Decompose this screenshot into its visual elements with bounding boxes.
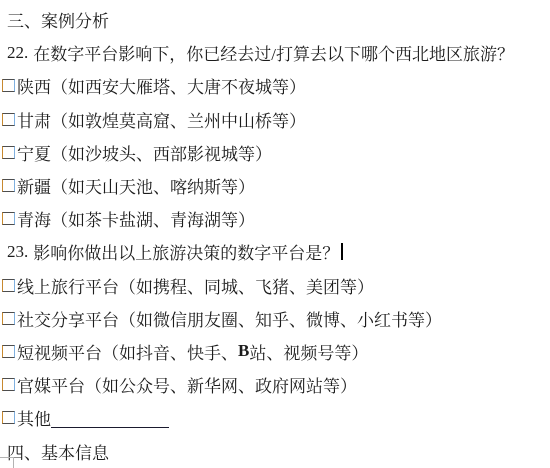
checkbox-unchecked-icon[interactable] xyxy=(2,378,15,391)
checkbox-unchecked-icon[interactable] xyxy=(2,212,15,225)
q22-option-qinghai[interactable]: 青海（如茶卡盐湖、青海湖等） xyxy=(0,202,550,235)
option-label: 青海（如茶卡盐湖、青海湖等） xyxy=(17,206,255,231)
question-23-text: 影响你做出以上旅游决策的数字平台是？ xyxy=(33,239,339,264)
question-22-number: 22. xyxy=(7,43,28,63)
option-label: 线上旅行平台（如携程、同城、飞猪、美团等） xyxy=(17,273,374,298)
next-line-partial-checkbox xyxy=(0,457,14,468)
checkbox-unchecked-icon[interactable] xyxy=(2,179,15,192)
q23-option-online-travel-platform[interactable]: 线上旅行平台（如携程、同城、飞猪、美团等） xyxy=(0,269,550,302)
q22-option-ningxia[interactable]: 宁夏（如沙坡头、西部影视城等） xyxy=(0,136,550,169)
section-4-heading: 四、基本信息 xyxy=(0,434,550,467)
q22-option-xinjiang[interactable]: 新疆（如天山天池、喀纳斯等） xyxy=(0,169,550,202)
q23-option-social-sharing-platform[interactable]: 社交分享平台（如微信朋友圈、知乎、微博、小红书等） xyxy=(0,302,550,335)
q23-option-other[interactable]: 其他 xyxy=(0,401,550,434)
text-cursor xyxy=(341,243,343,260)
option-label-pre: 短视频平台（如抖音、快手、 xyxy=(17,339,238,364)
option-label: 社交分享平台（如微信朋友圈、知乎、微博、小红书等） xyxy=(17,306,442,331)
checkbox-unchecked-icon[interactable] xyxy=(2,411,15,424)
option-label-post: 站、视频号等） xyxy=(249,339,368,364)
question-22-text: 在数字平台影响下，你已经去过/打算去以下哪个西北地区旅游？ xyxy=(33,40,514,65)
option-label: 官媒平台（如公众号、新华网、政府网站等） xyxy=(17,372,357,397)
question-22: 22. 在数字平台影响下，你已经去过/打算去以下哪个西北地区旅游？ xyxy=(0,36,550,69)
option-label: 甘肃（如敦煌莫高窟、兰州中山桥等） xyxy=(17,107,306,132)
option-label: 陕西（如西安大雁塔、大唐不夜城等） xyxy=(17,73,306,98)
q23-option-official-media-platform[interactable]: 官媒平台（如公众号、新华网、政府网站等） xyxy=(0,368,550,401)
checkbox-unchecked-icon[interactable] xyxy=(2,113,15,126)
option-label: 其他 xyxy=(17,405,51,430)
checkbox-unchecked-icon[interactable] xyxy=(2,312,15,325)
other-fill-in-blank[interactable] xyxy=(51,412,169,428)
option-label: 宁夏（如沙坡头、西部影视城等） xyxy=(17,140,272,165)
question-23: 23. 影响你做出以上旅游决策的数字平台是？ xyxy=(0,235,550,268)
document-page: 三、案例分析 22. 在数字平台影响下，你已经去过/打算去以下哪个西北地区旅游？… xyxy=(0,0,550,468)
option-label: 新疆（如天山天池、喀纳斯等） xyxy=(17,173,255,198)
checkbox-unchecked-icon[interactable] xyxy=(2,79,15,92)
q23-option-short-video-platform[interactable]: 短视频平台（如抖音、快手、B 站、视频号等） xyxy=(0,335,550,368)
q22-option-gansu[interactable]: 甘肃（如敦煌莫高窟、兰州中山桥等） xyxy=(0,103,550,136)
checkbox-unchecked-icon[interactable] xyxy=(2,279,15,292)
checkbox-unchecked-icon[interactable] xyxy=(2,345,15,358)
questionnaire-body: 三、案例分析 22. 在数字平台影响下，你已经去过/打算去以下哪个西北地区旅游？… xyxy=(0,0,550,468)
section-3-heading: 三、案例分析 xyxy=(0,3,550,36)
question-23-number: 23. xyxy=(7,242,28,262)
option-label-bold-b: B xyxy=(238,341,249,361)
q22-option-shaanxi[interactable]: 陕西（如西安大雁塔、大唐不夜城等） xyxy=(0,69,550,102)
checkbox-unchecked-icon[interactable] xyxy=(2,146,15,159)
